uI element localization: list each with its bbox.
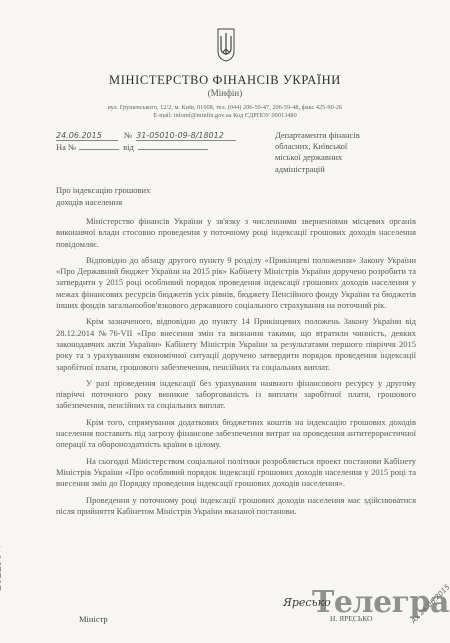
signature-role: Міністр: [79, 614, 108, 624]
address-line: вул. Грушевського, 12/2, м. Київ, 01008,…: [0, 104, 450, 112]
margin-registration-number: 161190 ☼: [2, 522, 32, 622]
outgoing-date: 24.06.2015: [56, 131, 118, 141]
body-paragraph: Проведення у поточному році індексації г…: [56, 495, 416, 518]
handwritten-signature: Яресько: [283, 596, 331, 609]
reply-label: На №: [56, 142, 76, 152]
body-paragraph: Крім зазначеного, відповідно до пункту 1…: [56, 316, 416, 372]
ministry-address: вул. Грушевського, 12/2, м. Київ, 01008,…: [0, 104, 450, 120]
subject-line: Про індексацію грошових: [56, 185, 150, 197]
reply-number: [79, 149, 119, 150]
signatory-name: Н. ЯРЕСЬКО: [330, 614, 372, 623]
from-label: від: [123, 142, 134, 152]
reply-date: [138, 149, 208, 150]
letter-body: Міністерство фінансів України у зв'язку …: [56, 216, 416, 522]
body-paragraph: Крім того, спрямування додаткових бюджет…: [56, 417, 416, 451]
ministry-short-name: (Мінфін): [0, 88, 450, 98]
side-number-text: 161190 ☼: [0, 543, 3, 592]
body-paragraph: На сьогодні Міністерством соціальної пол…: [56, 456, 416, 490]
addressee-block: Департаменти фінансів обласних, Київсько…: [275, 130, 360, 175]
addressee-line: міської державних: [275, 152, 360, 163]
addressee-line: Департаменти фінансів: [275, 130, 360, 141]
addressee-line: обласних, Київської: [275, 141, 360, 152]
contact-line: E-mail: infomf@minfin.gov.ua Код ЄДРПОУ …: [0, 112, 450, 120]
scanned-letter-page: МІНІСТЕРСТВО ФІНАНСІВ УКРАЇНИ (Мінфін) в…: [0, 0, 450, 643]
trident-coat-of-arms-icon: [216, 27, 236, 63]
body-paragraph: Відповідно до абзацу другого пункту 9 ро…: [56, 255, 416, 311]
subject-line: доходів населення: [56, 197, 150, 209]
ministry-title: МІНІСТЕРСТВО ФІНАНСІВ УКРАЇНИ: [0, 73, 450, 88]
addressee-line: адміністрацій: [275, 164, 360, 175]
body-paragraph: У разі проведення індексації без урахува…: [56, 378, 416, 412]
number-label: №: [124, 130, 132, 140]
subject-block: Про індексацію грошових доходів населенн…: [56, 185, 150, 208]
body-paragraph: Міністерство фінансів України у зв'язку …: [56, 216, 416, 250]
outgoing-number: 31-05010-09-8/18012: [136, 131, 236, 141]
registration-block: 24.06.2015 № 31-05010-09-8/18012 На № ві…: [56, 130, 236, 154]
